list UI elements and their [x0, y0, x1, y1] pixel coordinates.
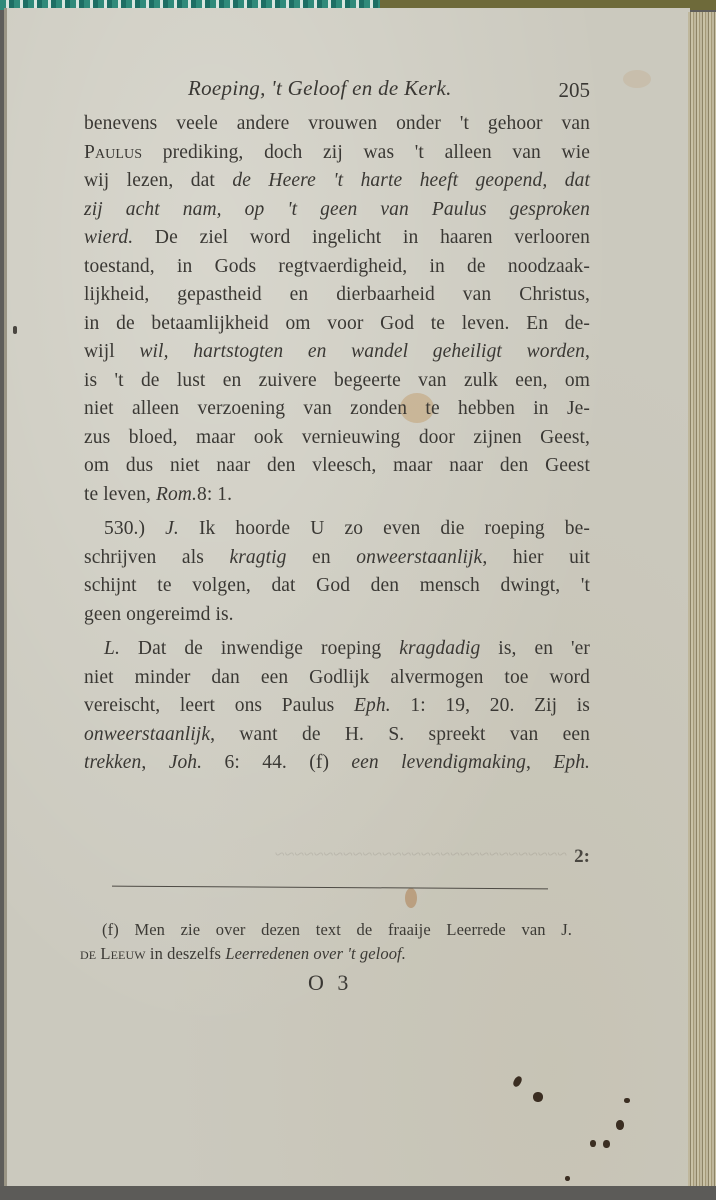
text-segment: lijkheid, gepastheid en dierbaarheid van… — [84, 284, 590, 305]
page-number: 205 — [559, 78, 591, 103]
text-line: te leven, Rom.8: 1. — [84, 481, 590, 510]
text-segment: zus bloed, maar ook vernieuwing door zij… — [84, 427, 590, 448]
text-line: wierd. De ziel word ingelicht in haaren … — [84, 224, 590, 253]
answer-speaker: L. — [104, 638, 138, 659]
footnote-text-1: Men zie over dezen text de fraaije Leerr… — [134, 920, 572, 939]
text-segment: een levendigmaking — [351, 752, 526, 773]
question-speaker: J. — [165, 518, 199, 539]
text-segment: kragdadig — [399, 638, 480, 659]
text-segment: kragtig — [229, 547, 286, 568]
signature-mark: O 3 — [308, 970, 352, 996]
text-segment: Eph. — [553, 752, 590, 773]
worm-hole — [624, 1098, 630, 1103]
text-segment: niet minder dan een Godlijk alvermogen t… — [84, 667, 590, 688]
text-segment: is, en 'er — [480, 638, 590, 659]
text-line: wijl wil, hartstogten en wandel geheilig… — [84, 338, 590, 367]
text-segment: en — [287, 547, 357, 568]
text-line: schrijven als kragtig en onweerstaanlijk… — [84, 544, 590, 573]
text-line: niet alleen verzoening van zonden te heb… — [84, 395, 590, 424]
text-line: geen ongereimd is. — [84, 601, 590, 630]
foxing-stain — [405, 888, 417, 908]
text-segment: Ik hoorde U zo even die roeping be- — [199, 518, 590, 539]
text-line: vereischt, leert ons Paulus Eph. 1: 19, … — [84, 692, 590, 721]
answer-paragraph: L. Dat de inwendige roeping kragdadig is… — [84, 635, 590, 778]
page-fore-edge — [688, 12, 716, 1186]
text-segment: prediking, doch zij was 't alleen van wi… — [142, 142, 590, 163]
text-segment: de Heere 't harte heeft geopend, dat — [232, 170, 590, 191]
text-line: trekken, Joh. 6: 44. (f) een levendigmak… — [84, 749, 590, 778]
question-number: 530.) — [104, 518, 165, 539]
text-segment: is 't de lust en zuivere begeerte van zu… — [84, 370, 590, 391]
text-line: 530.) J. Ik hoorde U zo even die roeping… — [84, 515, 590, 544]
text-segment: trekken — [84, 752, 141, 773]
text-segment: niet alleen verzoening van zonden te heb… — [84, 398, 590, 419]
text-line: zus bloed, maar ook vernieuwing door zij… — [84, 424, 590, 453]
text-segment: Paulus — [84, 142, 142, 163]
text-line: toestand, in Gods regtvaerdigheid, in de… — [84, 253, 590, 282]
text-segment: vereischt, leert ons Paulus — [84, 695, 354, 716]
text-segment: , — [141, 752, 168, 773]
text-segment: geen ongereimd is. — [84, 604, 234, 625]
text-segment: schrijven als — [84, 547, 229, 568]
footnote-marker: (f) — [102, 920, 119, 939]
footnote-author: de Leeuw — [80, 944, 146, 963]
text-segment: wierd. — [84, 227, 133, 248]
running-head-title: Roeping, 't Geloof en de Kerk. — [188, 76, 452, 101]
text-line: Paulus prediking, doch zij was 't alleen… — [84, 139, 590, 168]
scanned-book-page: ~~~~~~~~~~~~~~~~~~~~~~~~~~~~~~ Roeping, … — [0, 0, 716, 1200]
footnote-work-title: Leerredenen over 't geloof. — [225, 944, 406, 963]
text-segment: zij acht nam, op 't geen van Paulus gesp… — [84, 199, 590, 220]
footnote-line-2: de Leeuw in deszelfs Leerredenen over 't… — [80, 942, 572, 966]
text-segment: Dat de inwendige roeping — [138, 638, 399, 659]
text-segment: in de betaamlijkheid om voor God te leve… — [84, 313, 590, 334]
text-segment: , want de H. S. spreekt van een — [210, 724, 590, 745]
show-through-text: ~~~~~~~~~~~~~~~~~~~~~~~~~~~~~~ — [107, 844, 567, 865]
footnote-line-1: (f) Men zie over dezen text de fraaije L… — [80, 918, 572, 942]
text-segment: wijl — [84, 341, 139, 362]
text-segment: Rom. — [156, 484, 197, 505]
body-paragraph: benevens veele andere vrouwen onder 't g… — [84, 110, 590, 509]
text-line: niet minder dan een Godlijk alvermogen t… — [84, 664, 590, 693]
text-segment: onweerstaanlijk — [356, 547, 482, 568]
text-segment: benevens veele andere vrouwen onder 't g… — [84, 113, 590, 134]
worm-hole — [512, 1075, 524, 1088]
text-segment: , hier uit — [482, 547, 590, 568]
page-text-block: Roeping, 't Geloof en de Kerk. 205 benev… — [84, 76, 590, 778]
text-segment: 8: 1. — [197, 484, 232, 505]
text-segment: wij lezen, dat — [84, 170, 232, 191]
text-segment: onweerstaanlijk — [84, 724, 210, 745]
worm-hole — [603, 1140, 610, 1148]
catchword: 2: — [574, 846, 590, 868]
text-segment: toestand, in Gods regtvaerdigheid, in de… — [84, 256, 590, 277]
margin-mark — [13, 326, 17, 334]
text-segment: , — [526, 752, 553, 773]
worm-hole — [565, 1176, 570, 1181]
text-segment: 1: 19, 20. Zij is — [391, 695, 590, 716]
bottom-shadow — [0, 1186, 716, 1200]
text-segment: om dus niet naar den vleesch, maar naar … — [84, 455, 590, 476]
footnote-text-2: in deszelfs — [146, 944, 226, 963]
footnote: (f) Men zie over dezen text de fraaije L… — [80, 918, 572, 966]
foxing-stain — [623, 70, 651, 88]
text-segment: schijnt te volgen, dat God den mensch dw… — [84, 575, 590, 596]
text-segment: , — [585, 341, 590, 362]
question-530: 530.) J. Ik hoorde U zo even die roeping… — [84, 515, 590, 629]
text-line: wij lezen, dat de Heere 't harte heeft g… — [84, 167, 590, 196]
text-line: zij acht nam, op 't geen van Paulus gesp… — [84, 196, 590, 225]
text-line: L. Dat de inwendige roeping kragdadig is… — [84, 635, 590, 664]
text-segment: Eph. — [354, 695, 391, 716]
text-segment: Joh. — [169, 752, 202, 773]
text-segment: De ziel word ingelicht in haaren verloor… — [133, 227, 590, 248]
worm-hole — [590, 1140, 596, 1147]
text-line: is 't de lust en zuivere begeerte van zu… — [84, 367, 590, 396]
worm-hole — [533, 1092, 543, 1102]
running-head: Roeping, 't Geloof en de Kerk. 205 — [84, 76, 590, 110]
text-line: in de betaamlijkheid om voor God te leve… — [84, 310, 590, 339]
text-line: onweerstaanlijk, want de H. S. spreekt v… — [84, 721, 590, 750]
text-segment: te leven, — [84, 484, 156, 505]
worm-hole — [616, 1120, 624, 1130]
text-segment: wil, hartstogten en wandel geheiligt wor… — [139, 341, 585, 362]
text-line: lijkheid, gepastheid en dierbaarheid van… — [84, 281, 590, 310]
text-line: schijnt te volgen, dat God den mensch dw… — [84, 572, 590, 601]
text-line: om dus niet naar den vleesch, maar naar … — [84, 452, 590, 481]
text-line: benevens veele andere vrouwen onder 't g… — [84, 110, 590, 139]
text-segment: 6: 44. (f) — [202, 752, 351, 773]
